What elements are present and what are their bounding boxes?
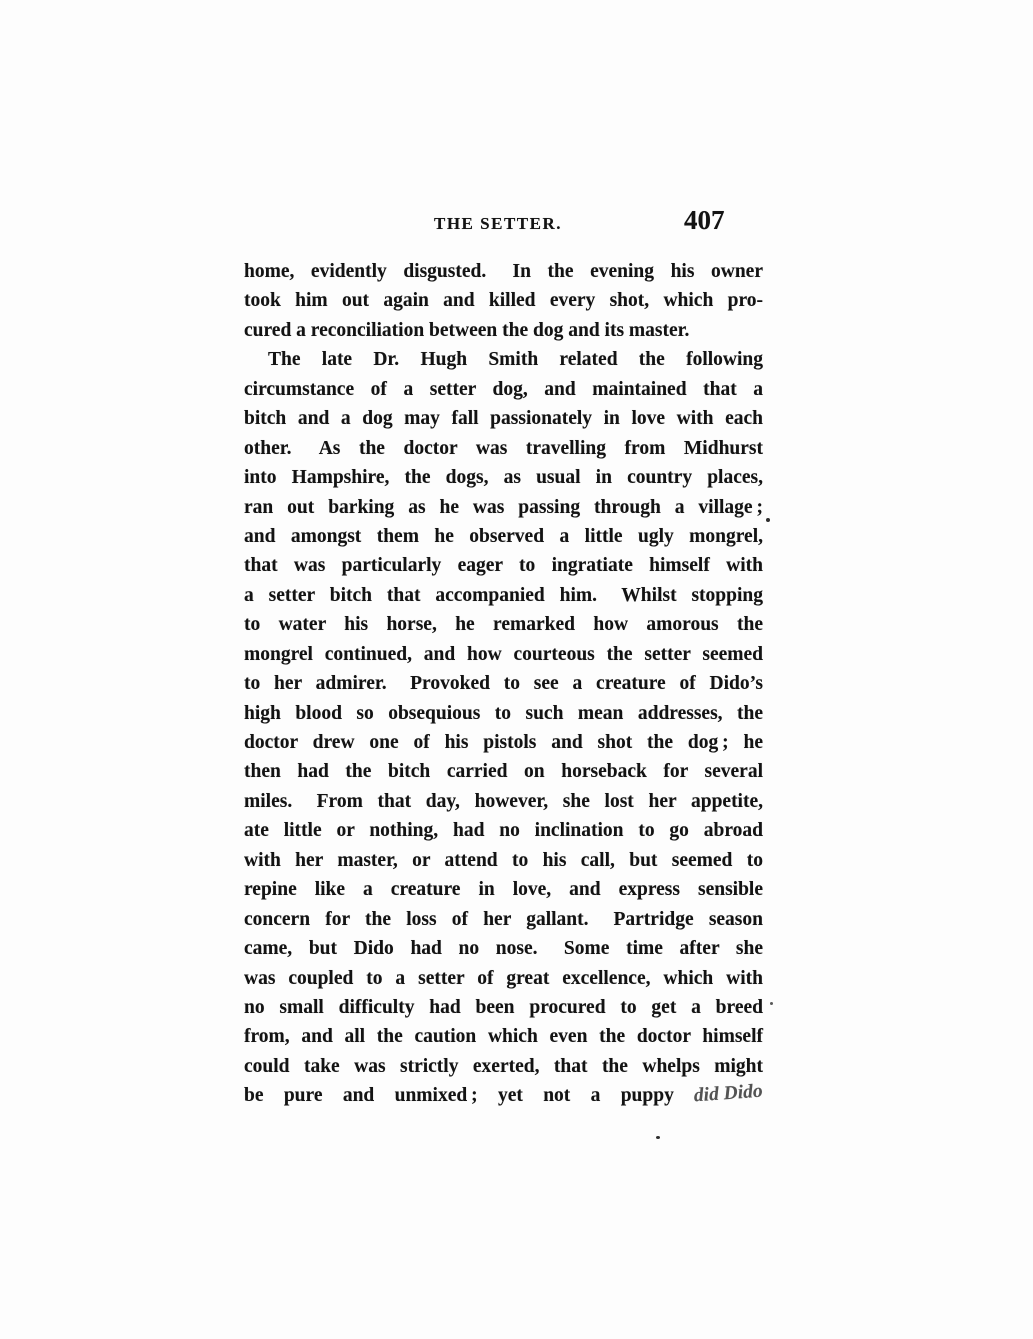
text-line: be pure and unmixed ; yet not a puppy di… (244, 1081, 763, 1110)
ink-speck (766, 518, 770, 522)
faded-catchword: did Dido (693, 1077, 764, 1111)
text-line: concern for the loss of her gallant. Par… (244, 905, 763, 934)
text-line: no small difficulty had been procured to… (244, 993, 763, 1022)
text-line: to water his horse, he remarked how amor… (244, 610, 763, 639)
page-number: 407 (684, 206, 725, 234)
text-line: came, but Dido had no nose. Some time af… (244, 934, 763, 963)
text-line: repine like a creature in love, and expr… (244, 875, 763, 904)
text-line: then had the bitch carried on horseback … (244, 757, 763, 786)
text-line: into Hampshire, the dogs, as usual in co… (244, 463, 763, 492)
text-line: that was particularly eager to ingratiat… (244, 551, 763, 580)
text-line: with her master, or attend to his call, … (244, 846, 763, 875)
text-line: mongrel continued, and how courteous the… (244, 640, 763, 669)
text-line: miles. From that day, however, she lost … (244, 787, 763, 816)
text-line: home, evidently disgusted. In the evenin… (244, 257, 763, 286)
text-line: high blood so obsequious to such mean ad… (244, 699, 763, 728)
running-header-title: THE SETTER. (398, 213, 598, 235)
ink-speck (770, 1002, 773, 1005)
text-line: and amongst them he observed a little ug… (244, 522, 763, 551)
body-text: home, evidently disgusted. In the evenin… (244, 257, 763, 1111)
scanned-book-page: THE SETTER. 407 home, evidently disguste… (0, 0, 1033, 1339)
text-line: from, and all the caution which even the… (244, 1022, 763, 1051)
text-line: doctor drew one of his pistols and shot … (244, 728, 763, 757)
text-line-segment: be pure and unmixed ; yet not a puppy (244, 1085, 674, 1106)
text-line: The late Dr. Hugh Smith related the foll… (244, 345, 763, 374)
text-line: could take was strictly exerted, that th… (244, 1052, 763, 1081)
text-line: took him out again and killed every shot… (244, 286, 763, 315)
text-line: bitch and a dog may fall passionately in… (244, 404, 763, 433)
text-line: ate little or nothing, had no inclinatio… (244, 816, 763, 845)
text-line: other. As the doctor was travelling from… (244, 434, 763, 463)
text-line: to her admirer. Provoked to see a creatu… (244, 669, 763, 698)
text-line: ran out barking as he was passing throug… (244, 493, 763, 522)
text-line: circumstance of a setter dog, and mainta… (244, 375, 763, 404)
text-line: cured a reconciliation between the dog a… (244, 316, 763, 345)
text-line: a setter bitch that accompanied him. Whi… (244, 581, 763, 610)
text-line: was coupled to a setter of great excelle… (244, 964, 763, 993)
ink-speck (656, 1136, 660, 1139)
